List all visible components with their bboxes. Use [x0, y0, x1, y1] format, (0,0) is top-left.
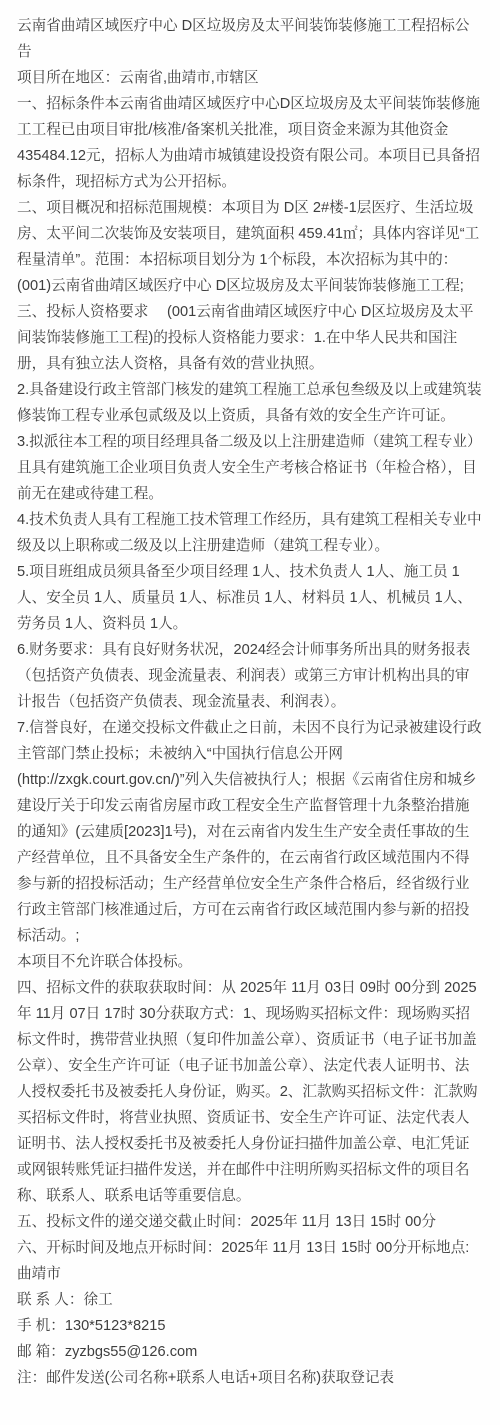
announcement-title: 云南省曲靖区域医疗中心 D区垃圾房及太平间装饰装修施工工程招标公告: [17, 13, 483, 65]
section-bidding-conditions: 一、招标条件本云南省曲靖区域医疗中心D区垃圾房及太平间装饰装修施工工程已由项目审…: [17, 91, 483, 195]
qualification-item-7: 7.信誉良好，在递交投标文件截止之日前，未因不良行为记录被建设行政主管部门禁止投…: [17, 715, 483, 949]
qualification-item-2: 2.具备建设行政主管部门核发的建筑工程施工总承包叁级及以上或建筑装修装饰工程专业…: [17, 377, 483, 429]
section-project-overview: 二、项目概况和招标范围规模：本项目为 D区 2#楼-1层医疗、生活垃圾房、太平间…: [17, 195, 483, 299]
contact-person: 联 系 人：徐工: [17, 1287, 483, 1313]
section-bidder-qualifications-intro: 三、投标人资格要求 (001云南省曲靖区域医疗中心 D区垃圾房及太平间装饰装修施…: [17, 299, 483, 377]
registration-note: 注：邮件发送(公司名称+联系人电话+项目名称)获取登记表: [17, 1365, 483, 1391]
contact-phone: 手 机：130*5123*8215: [17, 1313, 483, 1339]
qualification-item-4: 4.技术负责人具有工程施工技术管理工作经历，具有建筑工程相关专业中级及以上职称或…: [17, 507, 483, 559]
qualification-item-5: 5.项目班组成员须具备至少项目经理 1人、技术负责人 1人、施工员 1人、安全员…: [17, 559, 483, 637]
qualification-item-6: 6.财务要求：具有良好财务状况，2024经会计师事务所出具的财务报表（包括资产负…: [17, 637, 483, 715]
tender-announcement-document: 云南省曲靖区域医疗中心 D区垃圾房及太平间装饰装修施工工程招标公告 项目所在地区…: [0, 0, 500, 1425]
project-location: 项目所在地区：云南省,曲靖市,市辖区: [17, 65, 483, 91]
no-consortium-note: 本项目不允许联合体投标。: [17, 949, 483, 975]
qualification-item-3: 3.拟派往本工程的项目经理具备二级及以上注册建造师（建筑工程专业）且具有建筑施工…: [17, 429, 483, 507]
section-document-acquisition: 四、招标文件的获取获取时间：从 2025年 11月 03日 09时 00分到 2…: [17, 975, 483, 1209]
section-bid-opening: 六、开标时间及地点开标时间：2025年 11月 13日 15时 00分开标地点:…: [17, 1235, 483, 1287]
contact-email: 邮 箱：zyzbgs55@126.com: [17, 1339, 483, 1365]
section-submission-deadline: 五、投标文件的递交递交截止时间：2025年 11月 13日 15时 00分: [17, 1209, 483, 1235]
